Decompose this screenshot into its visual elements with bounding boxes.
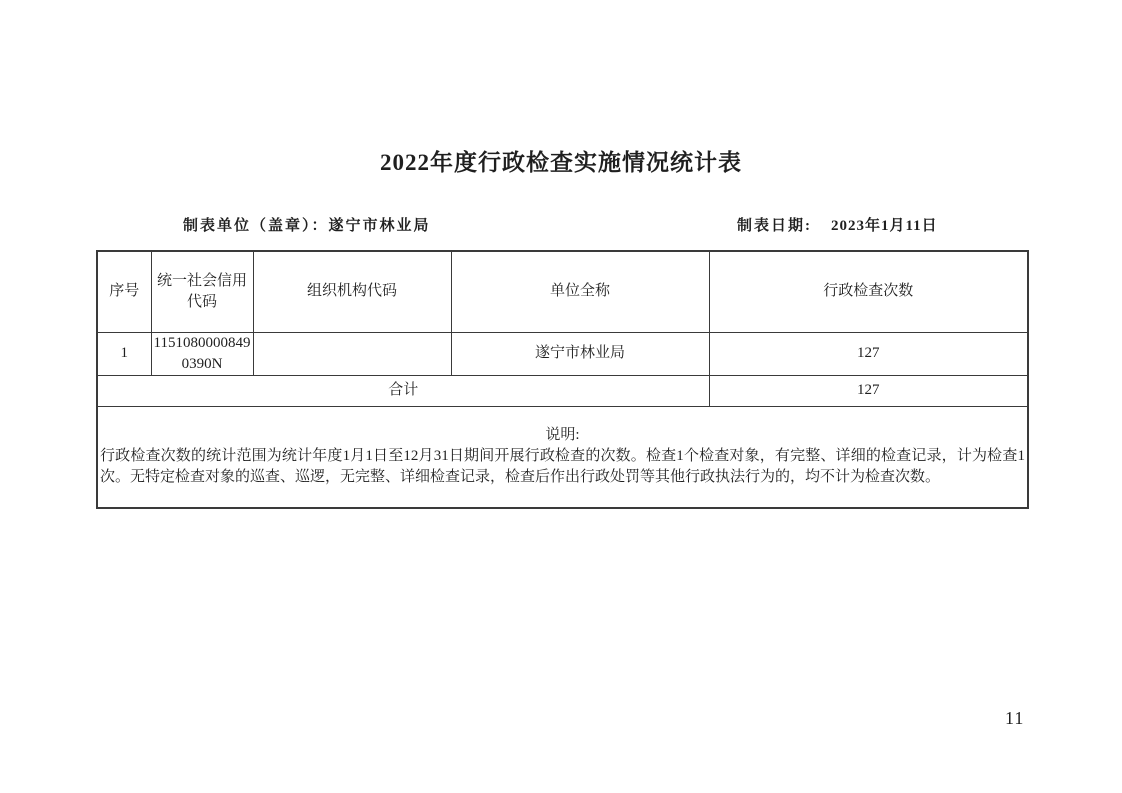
table-row: 1 11510800008490390N 遂宁市林业局 127 bbox=[97, 332, 1028, 375]
page-title: 2022年度行政检查实施情况统计表 bbox=[0, 144, 1122, 177]
date-value: 2023年1月11日 bbox=[831, 214, 938, 235]
document-page: 2022年度行政检查实施情况统计表 制表单位（盖章）：遂宁市林业局 制表日期: … bbox=[0, 0, 1122, 793]
table-total-row: 合计 127 bbox=[97, 375, 1028, 406]
cell-credit-code: 11510800008490390N bbox=[151, 332, 253, 375]
header-credit-code: 统一社会信用代码 bbox=[151, 251, 253, 332]
cell-org-code bbox=[253, 332, 451, 375]
meta-row: 制表单位（盖章）：遂宁市林业局 制表日期: 2023年1月11日 bbox=[0, 214, 1122, 236]
table-header-row: 序号 统一社会信用代码 组织机构代码 单位全称 行政检查次数 bbox=[97, 251, 1028, 332]
total-label: 合计 bbox=[97, 375, 709, 406]
header-seq: 序号 bbox=[97, 251, 151, 332]
date-label: 制表日期: bbox=[737, 214, 812, 235]
prepared-by-value: 遂宁市林业局 bbox=[329, 218, 431, 234]
inspection-stats-table: 序号 统一社会信用代码 组织机构代码 单位全称 行政检查次数 1 1151080… bbox=[96, 250, 1029, 509]
cell-unit-name: 遂宁市林业局 bbox=[451, 332, 709, 375]
cell-inspections: 127 bbox=[709, 332, 1028, 375]
page-number: 11 bbox=[1005, 708, 1024, 729]
header-inspections: 行政检查次数 bbox=[709, 251, 1028, 332]
notes-heading: 说明: bbox=[100, 425, 1025, 446]
total-inspections: 127 bbox=[709, 375, 1028, 406]
cell-seq: 1 bbox=[97, 332, 151, 375]
table-notes-row: 说明: 行政检查次数的统计范围为统计年度1月1日至12月31日期间开展行政检查的… bbox=[97, 406, 1028, 508]
prepared-by-label: 制表单位（盖章）： bbox=[183, 218, 329, 234]
header-org-code: 组织机构代码 bbox=[253, 251, 451, 332]
header-unit-name: 单位全称 bbox=[451, 251, 709, 332]
notes-cell: 说明: 行政检查次数的统计范围为统计年度1月1日至12月31日期间开展行政检查的… bbox=[97, 406, 1028, 508]
prepared-by-line: 制表单位（盖章）：遂宁市林业局 bbox=[183, 214, 431, 235]
notes-body: 行政检查次数的统计范围为统计年度1月1日至12月31日期间开展行政检查的次数。检… bbox=[100, 446, 1025, 488]
